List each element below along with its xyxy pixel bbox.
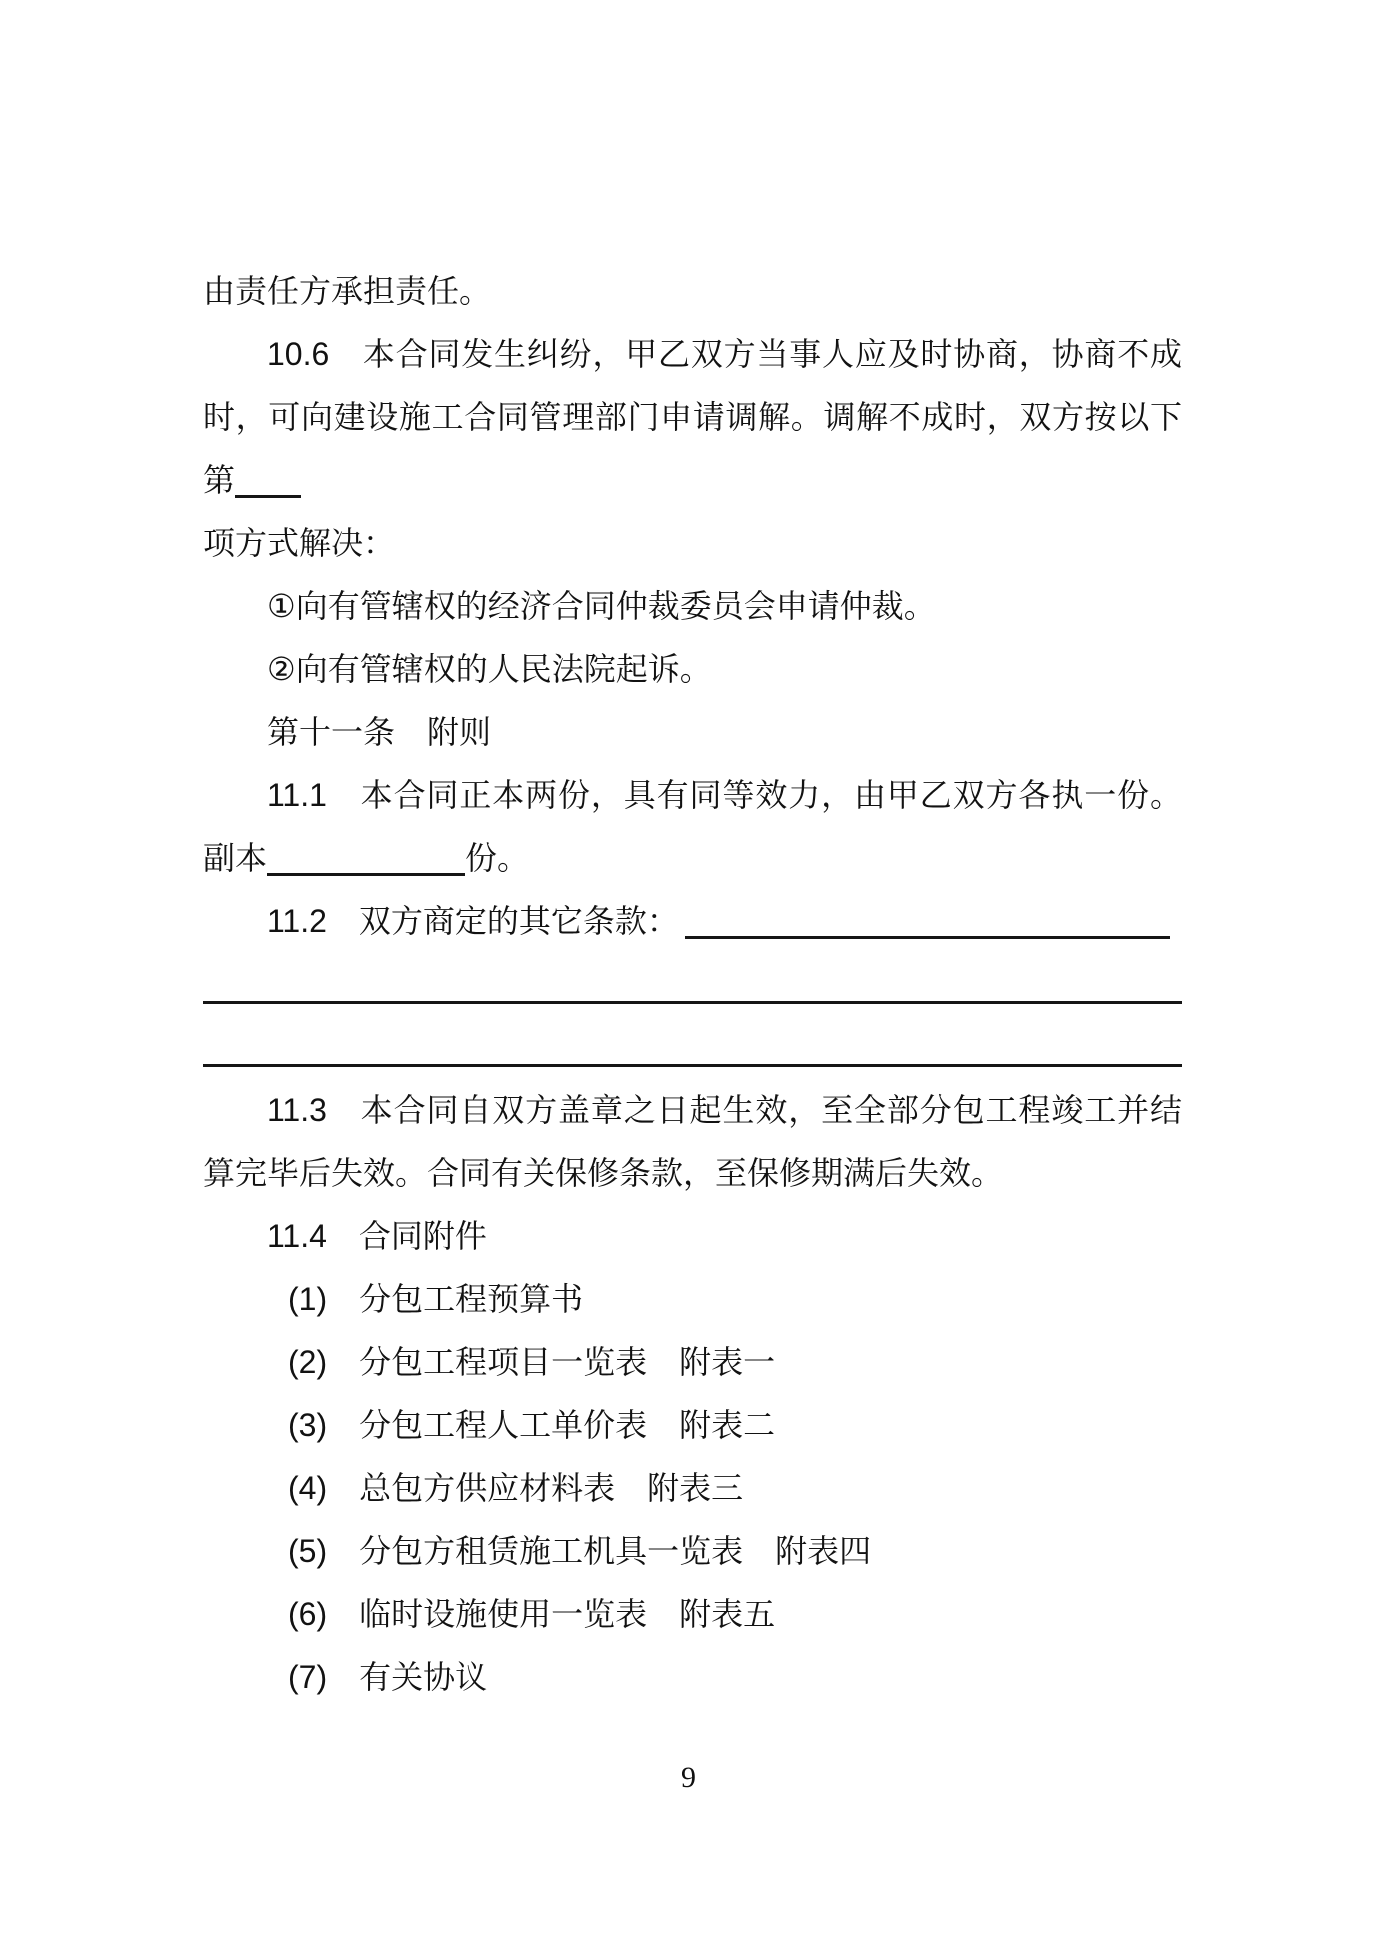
- blank-line-rule: [203, 1001, 1182, 1004]
- attachment-item-7: (7) 有关协议: [203, 1646, 1182, 1709]
- para-responsibility-tail: 由责任方承担责任。: [203, 260, 1182, 323]
- clause-10-6-line-2: 时，可向建设施工合同管理部门申请调解。调解不成时，双方按以下: [203, 386, 1182, 449]
- attachment-item-6: (6) 临时设施使用一览表 附表五: [203, 1583, 1182, 1646]
- clause-11-1-line-1: 11.1 本合同正本两份，具有同等效力，由甲乙双方各执一份。: [203, 764, 1182, 827]
- item-court-option: ②向有管辖权的人民法院起诉。: [203, 638, 1182, 701]
- clause-10-6-line-4: 项方式解决：: [203, 512, 1182, 575]
- clause-11-3-line-2: 算完毕后失效。合同有关保修条款，至保修期满后失效。: [203, 1142, 1182, 1205]
- heading-article-11: 第十一条 附则: [203, 701, 1182, 764]
- item-arbitration-option: ①向有管辖权的经济合同仲裁委员会申请仲裁。: [203, 575, 1182, 638]
- document-page: { "colors": { "background": "#ffffff", "…: [0, 0, 1377, 1947]
- copies-prefix: 副本: [203, 840, 267, 876]
- other-terms-label: 11.2 双方商定的其它条款：: [267, 903, 679, 939]
- blank-dispute-option-field: [235, 495, 301, 498]
- attachment-item-3: (3) 分包工程人工单价表 附表二: [203, 1394, 1182, 1457]
- blank-extension-line-1: [203, 953, 1182, 1016]
- clause-11-4-heading: 11.4 合同附件: [203, 1205, 1182, 1268]
- page-number: 9: [0, 1761, 1377, 1795]
- clause-11-2: 11.2 双方商定的其它条款：: [203, 890, 1182, 953]
- attachment-item-5: (5) 分包方租赁施工机具一览表 附表四: [203, 1520, 1182, 1583]
- copies-suffix: 份。: [465, 840, 529, 876]
- clause-10-6-line-1: 10.6 本合同发生纠纷，甲乙双方当事人应及时协商，协商不成: [203, 323, 1182, 386]
- contract-text-block: 由责任方承担责任。 10.6 本合同发生纠纷，甲乙双方当事人应及时协商，协商不成…: [203, 260, 1182, 1709]
- attachment-item-2: (2) 分包工程项目一览表 附表一: [203, 1331, 1182, 1394]
- attachment-item-4: (4) 总包方供应材料表 附表三: [203, 1457, 1182, 1520]
- clause-number-prefix: 第: [203, 462, 235, 498]
- blank-line-rule: [203, 1064, 1182, 1067]
- attachment-item-1: (1) 分包工程预算书: [203, 1268, 1182, 1331]
- clause-10-6-line-3: 第: [203, 449, 1182, 512]
- clause-11-1-line-2: 副本份。: [203, 827, 1182, 890]
- clause-11-3-line-1: 11.3 本合同自双方盖章之日起生效，至全部分包工程竣工并结: [203, 1079, 1182, 1142]
- blank-other-terms-field: [685, 936, 1170, 939]
- blank-extension-line-2: [203, 1016, 1182, 1079]
- blank-copies-count-field: [267, 873, 465, 876]
